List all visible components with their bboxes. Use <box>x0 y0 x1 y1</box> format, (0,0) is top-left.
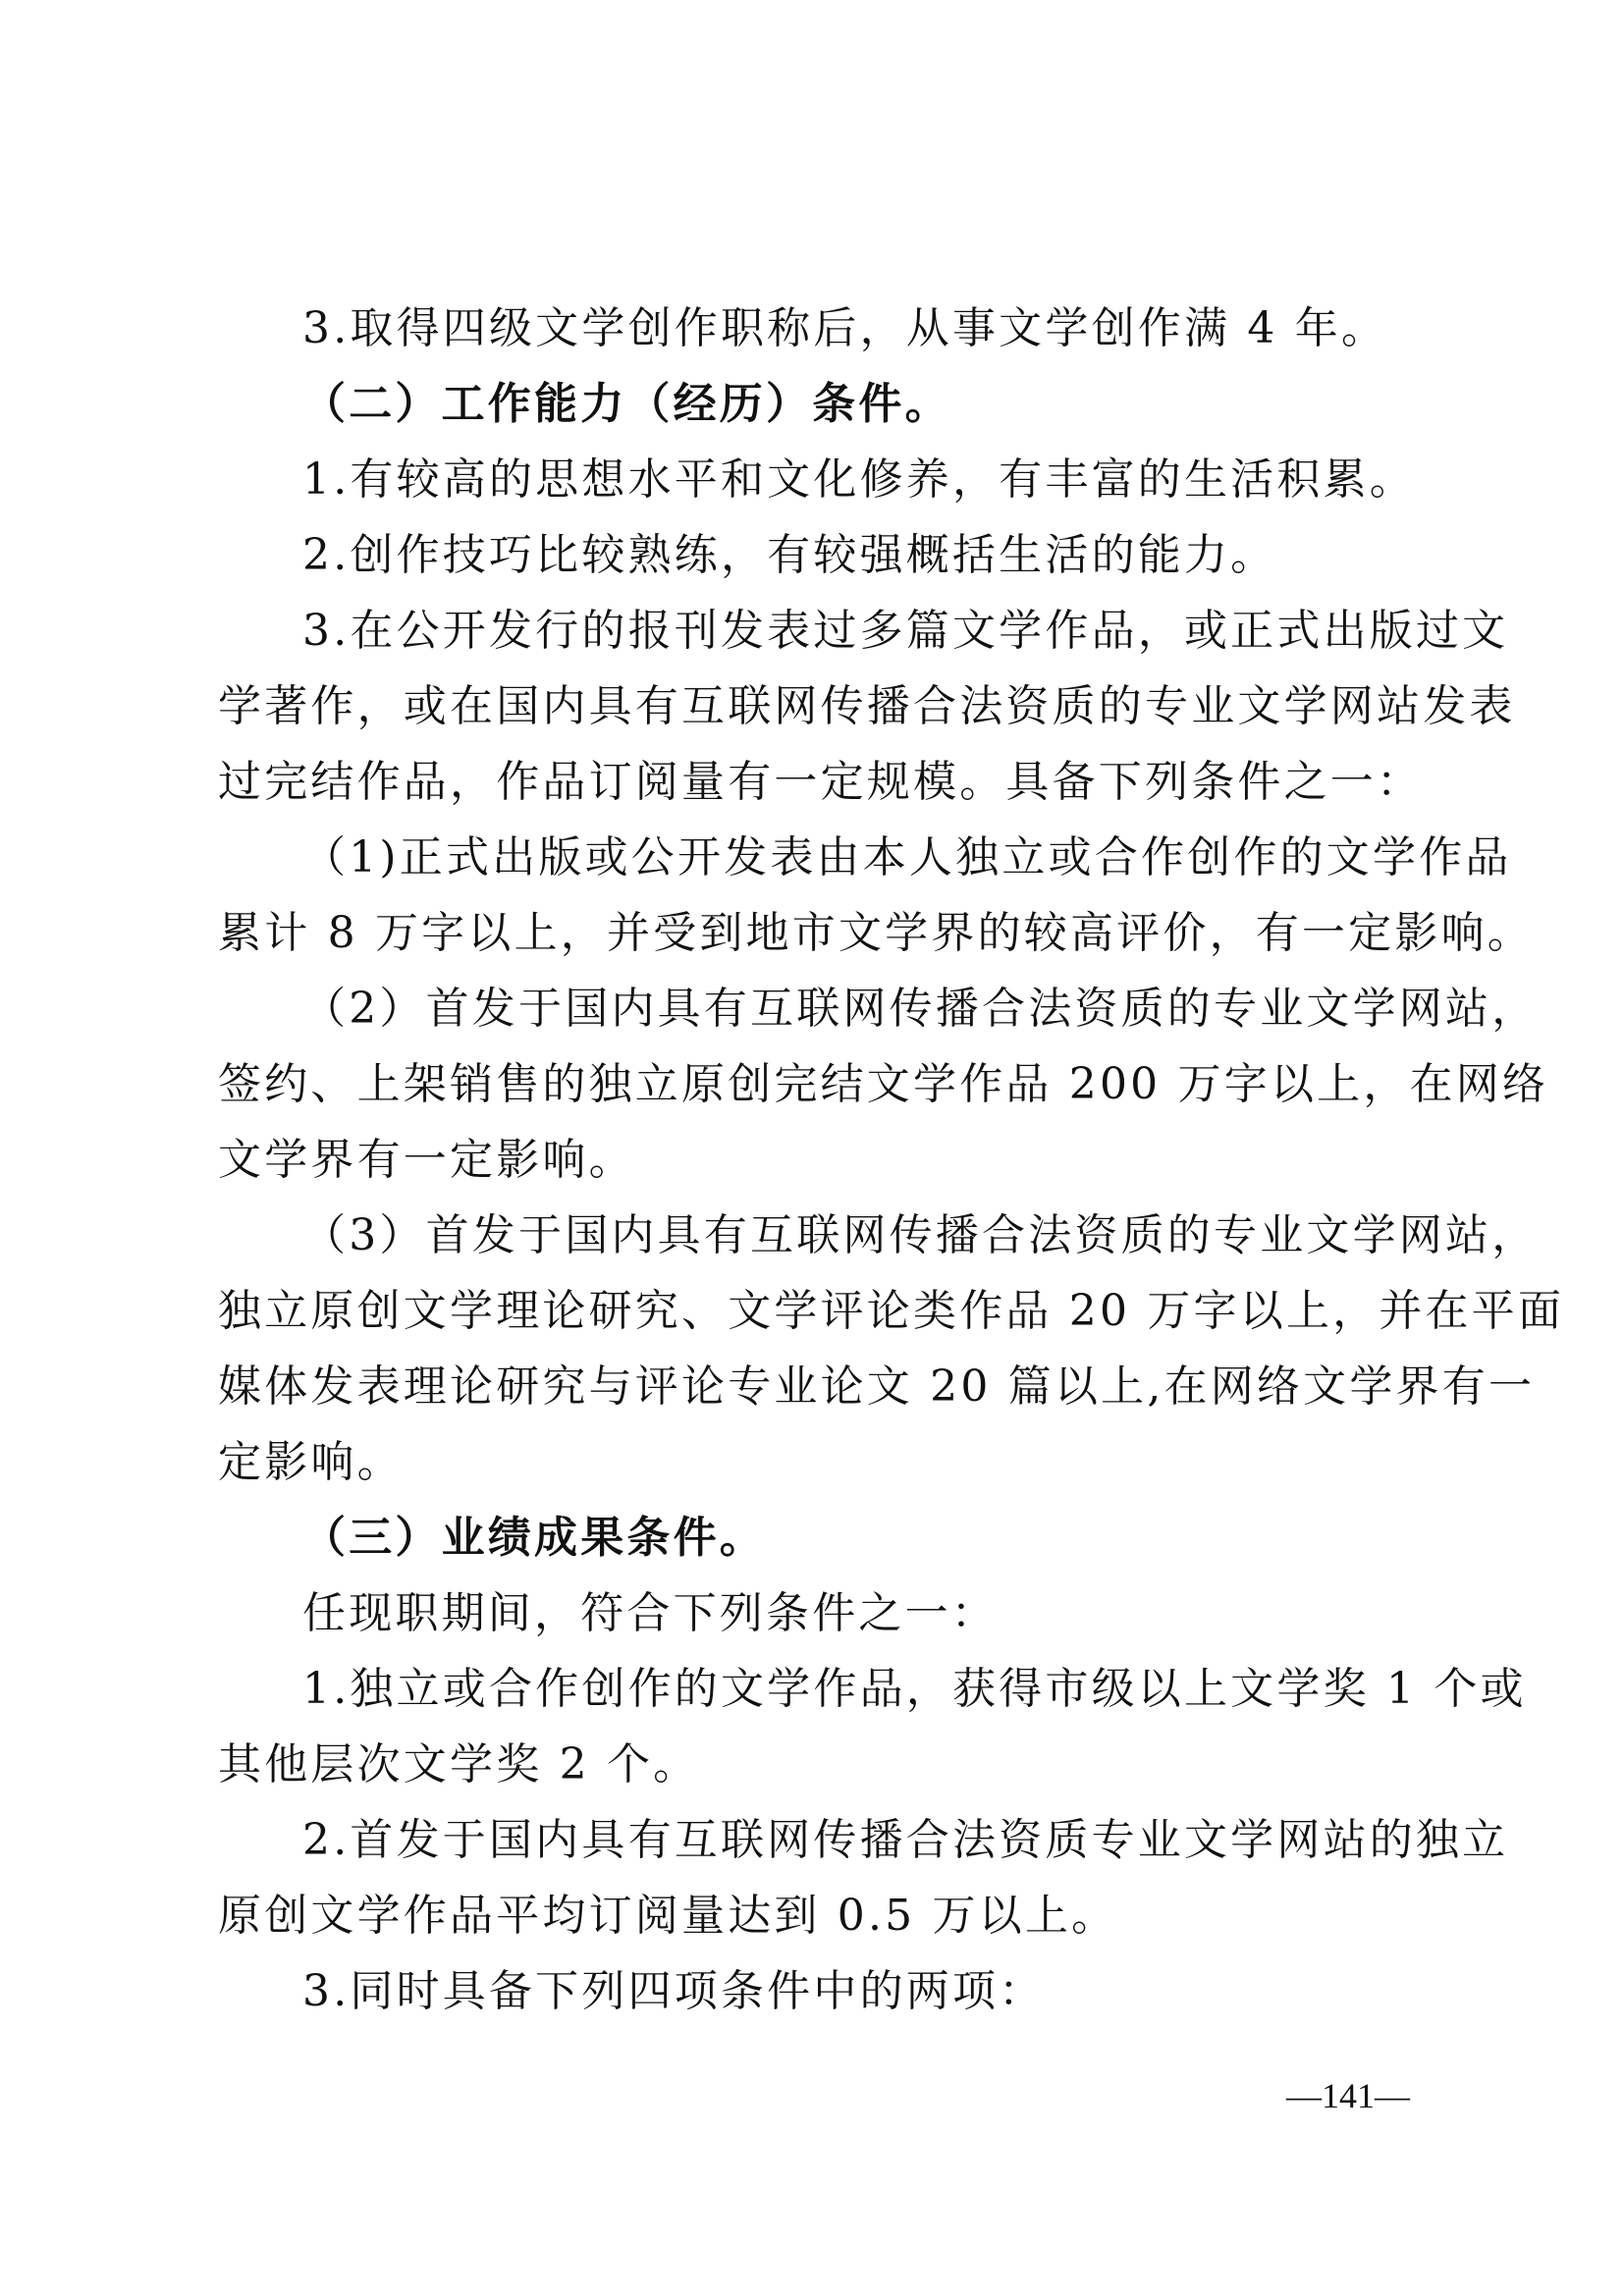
text-line: 签约、上架销售的独立原创完结文学作品 200 万字以上，在网络 <box>218 1055 1435 1114</box>
text-line: 其他层次文学奖 2 个。 <box>218 1735 699 1794</box>
text-line: 3.取得四级文学创作职称后，从事文学创作满 4 年。 <box>302 299 1387 358</box>
text-line: 2.首发于国内具有互联网传播合法资质专业文学网站的独立 <box>302 1811 1435 1870</box>
text-line: 2.创作技巧比较熟练，有较强概括生活的能力。 <box>302 526 1276 585</box>
text-line: （3）首发于国内具有互联网传播合法资质的专业文学网站， <box>302 1206 1435 1265</box>
text-line: 1.有较高的思想水平和文化修养，有丰富的生活积累。 <box>302 451 1416 509</box>
text-line: 1.独立或合作创作的文学作品，获得市级以上文学奖 1 个或 <box>302 1660 1435 1719</box>
section-heading: （三）业绩成果条件。 <box>302 1509 766 1568</box>
text-line: 3.在公开发行的报刊发表过多篇文学作品，或正式出版过文 <box>302 602 1435 661</box>
text-line: 累计 8 万字以上，并受到地市文学界的较高评价，有一定影响。 <box>218 904 1435 963</box>
text-line: 原创文学作品平均订阅量达到 0.5 万以上。 <box>218 1887 1117 1946</box>
text-line: （2）首发于国内具有互联网传播合法资质的专业文学网站， <box>302 980 1435 1039</box>
text-line: （1)正式出版或公开发表由本人独立或合作创作的文学作品 <box>302 828 1435 887</box>
text-line: 定影响。 <box>218 1433 404 1492</box>
text-line: 学著作，或在国内具有互联网传播合法资质的专业文学网站发表 <box>218 677 1435 736</box>
text-line: 3.同时具备下列四项条件中的两项： <box>302 1962 1045 2021</box>
text-line: 任现职期间，符合下列条件之一： <box>302 1584 998 1643</box>
text-line: 文学界有一定影响。 <box>218 1131 635 1190</box>
section-heading: （二）工作能力（经历）条件。 <box>302 375 951 434</box>
page-number: —141— <box>1286 2071 1410 2120</box>
text-line: 独立原创文学理论研究、文学评论类作品 20 万字以上，并在平面 <box>218 1282 1435 1341</box>
text-line: 媒体发表理论研究与评论专业论文 20 篇以上,在网络文学界有一 <box>218 1358 1435 1416</box>
text-line: 过完结作品，作品订阅量有一定规模。具备下列条件之一： <box>218 753 1423 812</box>
